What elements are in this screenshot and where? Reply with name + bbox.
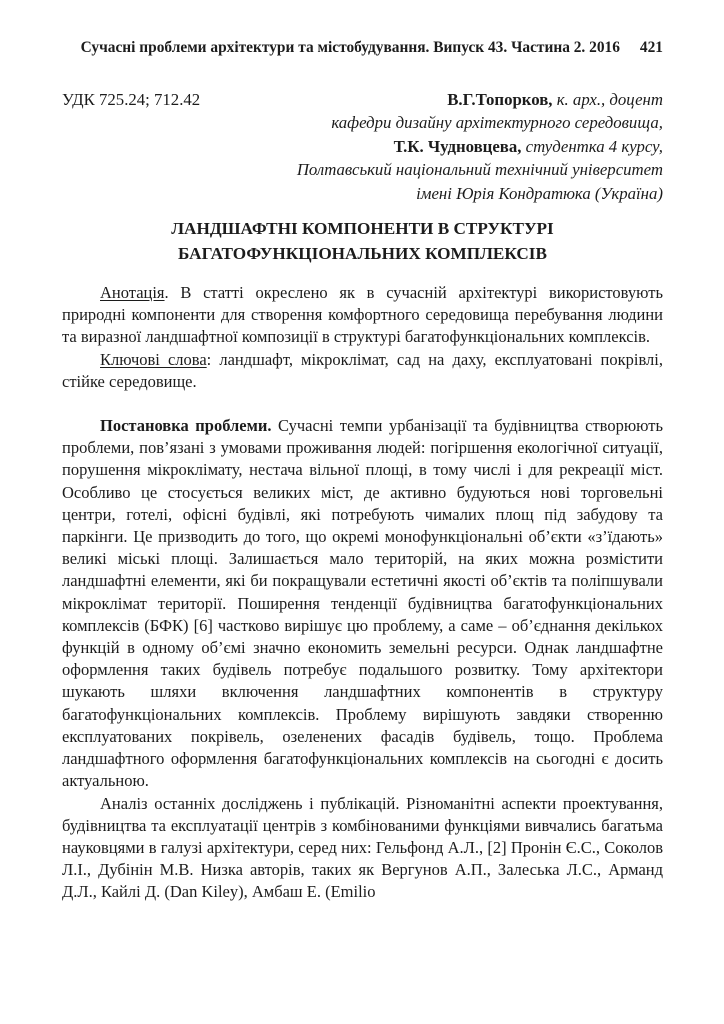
author-affiliation-line: кафедри дизайну архітектурного середовищ… xyxy=(62,111,663,134)
abstract-label: Анотація xyxy=(100,283,165,302)
running-header: Сучасні проблеми архітектури та містобуд… xyxy=(62,38,663,58)
article-title-line-1: ЛАНДШАФТНІ КОМПОНЕНТИ В СТРУКТУРІ xyxy=(62,217,663,242)
abstract-separator: . xyxy=(165,283,181,302)
udc-code: УДК 725.24; 712.42 xyxy=(62,88,200,111)
analysis-heading: Аналіз останніх досліджень і публікацій. xyxy=(100,794,400,813)
document-page: Сучасні проблеми архітектури та містобуд… xyxy=(0,0,724,1024)
author-name-1: В.Г.Топорков, xyxy=(447,90,552,109)
author-degree-2: студентка 4 курсу, xyxy=(521,137,663,156)
author-line-2: Т.К. Чудновцева, студентка 4 курсу, xyxy=(62,135,663,158)
article-title-line-2: БАГАТОФУНКЦІОНАЛЬНИХ КОМПЛЕКСІВ xyxy=(62,242,663,267)
author-degree-1: к. арх., доцент xyxy=(553,90,664,109)
university-line-1: Полтавський національний технічний уніве… xyxy=(62,158,663,181)
problem-statement-paragraph: Постановка проблеми. Сучасні темпи урбан… xyxy=(62,415,663,792)
keywords-paragraph: Ключові слова: ландшафт, мікроклімат, са… xyxy=(62,349,663,393)
keywords-separator: : xyxy=(207,350,220,369)
problem-statement-heading: Постановка проблеми. xyxy=(100,416,272,435)
keywords-label: Ключові слова xyxy=(100,350,207,369)
page-number: 421 xyxy=(640,38,663,58)
analysis-paragraph: Аналіз останніх досліджень і публікацій.… xyxy=(62,793,663,904)
problem-statement-text: Сучасні темпи урбанізації та будівництва… xyxy=(62,416,663,790)
journal-header-text: Сучасні проблеми архітектури та містобуд… xyxy=(81,38,620,58)
author-name-2: Т.К. Чудновцева, xyxy=(394,137,522,156)
article-title: ЛАНДШАФТНІ КОМПОНЕНТИ В СТРУКТУРІ БАГАТО… xyxy=(62,217,663,266)
university-line-2: імені Юрія Кондратюка (Україна) xyxy=(62,182,663,205)
abstract-paragraph: Анотація. В статті окреслено як в сучасн… xyxy=(62,282,663,349)
meta-block: УДК 725.24; 712.42 В.Г.Топорков, к. арх.… xyxy=(62,88,663,205)
